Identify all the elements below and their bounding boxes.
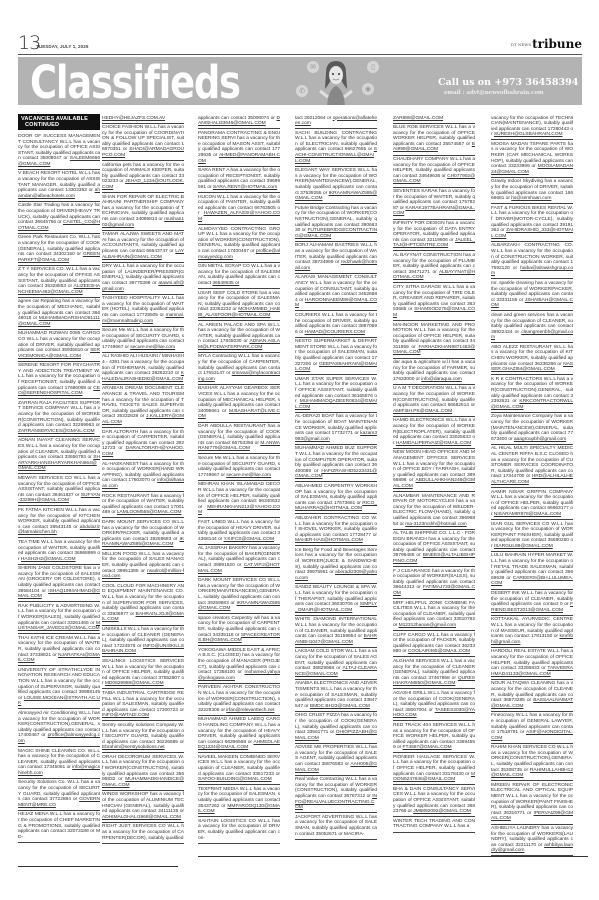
classified-ad: MYLA Contracting W.L.L has a vacancy for… [198, 353, 280, 385]
classified-ad: SEVENTIES KARAK has a vacancy for the oc… [393, 188, 475, 220]
ad-contact-link[interactable]: SAFOO-BUILDING@GMAIL.COM [198, 777, 272, 782]
classified-ad: BHA & DAIN CONSULTANCY SERVICES W.L.L ha… [393, 785, 475, 817]
classified-ad: agnes car Repairing has a vacancy for th… [18, 298, 100, 330]
page-header: 13 TUESDAY, JULY 1, 2025 DT NEWStribune [18, 36, 582, 55]
classified-ad: NEW MOON HEAD OFFICES AND MANAGEMENT OFF… [393, 449, 475, 492]
classified-ad: UNIVERSITY OF STRATHCLYDE INNOVATION RES… [18, 666, 100, 709]
classified-ad: WINDS WORKSHOP has a vacancy for the occ… [102, 791, 184, 823]
ad-contact-link[interactable]: M12312haoan@gmail.com [399, 623, 456, 628]
ad-text: DARK MOUNT SERVICES CO W.L.L has a vacan… [102, 520, 184, 542]
classified-ad: SHAN FOR REPAIR OF ELECTRIC BAHRAINI PAR… [102, 193, 184, 231]
ad-list: vacancy for the occupation of TECHNICIAN… [491, 114, 573, 856]
ad-text: ABUZAHER CONTRACTING CO W.L.L has a vaca… [295, 516, 377, 538]
ad-contact-link[interactable]: ADHIMALGHALI1968@GMAIL.COM [102, 815, 181, 820]
classified-ad: Sentry security solutions Company W.L.L … [102, 721, 184, 753]
classified-ad: tact 39212064 or operations@alfateheen.c… [295, 114, 377, 129]
classified-ad: MOOSA MADAN TSPARE PARTS has a vacancy f… [491, 140, 573, 178]
classified-ad: AL HILAL MULTI SPECIALTY MEDICAL CENTER … [491, 445, 573, 488]
ad-list: HEDHY@HEJAZFS.COM.AVCHOICE FASHION W.L.L… [102, 114, 184, 844]
classified-ad: DOOR OF SUCCESS MANAGEMENT CONSULTANCY W… [18, 132, 100, 170]
classified-ad: Gravity Indoor Skydiving has a vacancy f… [491, 178, 573, 204]
issue-date: TUESDAY, JULY 1, 2025 [36, 44, 88, 49]
classified-ad: mr. sparkle cleaning has a vacancy for t… [491, 279, 573, 311]
ad-text: Real Value Contracting W.L.L has a vacan… [295, 777, 377, 799]
classified-ad: space creators Carpentry wll has a vacan… [198, 614, 280, 646]
classified-ad: ANABIA ELECTRONICS AND ADVERTISMENTS W.L… [295, 680, 377, 712]
classified-ad: MUHAMMAD AHMED LAEEQ CARGO HANDLING COMP… [198, 716, 280, 754]
column-2: HEDHY@HEJAZFS.COM.AVCHOICE FASHION W.L.L… [102, 114, 184, 864]
classified-ad: TASHYEED HOSPITALITY W.L.L has a vacancy… [102, 295, 184, 327]
classified-ad: CHAUDHARY COMPANY W.L.L has a vacancy fo… [393, 156, 475, 188]
classified-ad: MEWATI SERVICES CO W.L.L has a vacancy f… [18, 474, 100, 506]
ad-text: ADNAN INAYAT CLEANING SERVICES W.L.L has… [18, 438, 100, 460]
classified-ad: JACKPORT ADVERTISING W.L.L has a vacancy… [295, 813, 377, 839]
mascot-illustration [318, 59, 354, 105]
classified-ad: LAKSAM COLD STOR W.L.L has a vacancy for… [295, 648, 377, 680]
bottom-rule [18, 866, 178, 867]
classified-ad: HEDHY@HEJAZFS.COM.AV [102, 114, 184, 124]
ad-text: WINTER TECH TRADING AND CONTRACTING COMP… [393, 819, 475, 830]
classified-ad: Green Park Restaurant Co. W.L.L has a va… [18, 234, 100, 266]
ad-contact-link[interactable]: Ebrahim@sentrysolutions.net [102, 745, 165, 750]
ad-text: NAVEEL MAKEEN COMBINED SERVICES W.L.L ha… [198, 755, 280, 777]
classified-ad: applicants can contact 35008074 or DANIS… [198, 114, 280, 129]
classified-ad: SACHI BUILDING CONTRACTING W.L.L has a v… [295, 129, 377, 167]
classified-ad: NAVEEL MAKEEN COMBINED SERVICES W.L.L ha… [198, 753, 280, 785]
ad-text: PIONEER HAULAGE SERVICES W.L.L has a vac… [393, 755, 475, 777]
classified-ad: AL AREEN PALACE AND SPA W.L.L has a vaca… [198, 321, 280, 353]
classified-ad: U A M T DECORATION W.L.L has a vacancy f… [393, 385, 475, 417]
ad-text: U A M T DECORATION W.L.L has a vacancy f… [393, 386, 475, 408]
classified-ad: HARDOLI REAL ESTATE W.L.L has a vacancy … [491, 648, 573, 680]
classified-ad: CITY SITRA GARAGE W.L.L has a vacancy fo… [393, 283, 475, 321]
ad-contact-link[interactable]: JM6892092@GMAIL.COM [413, 809, 471, 814]
classified-ad: ADNAN INAYAT CLEANING SERVICES W.L.L has… [18, 437, 100, 475]
ad-contact-link[interactable]: secure.me@live.com [226, 473, 271, 478]
classified-ad: Security Solutions Co. W.L.L has a vacan… [18, 779, 100, 811]
ad-contact-link[interactable]: LAMLOOM555@GMAIL.COM [117, 510, 182, 515]
email-contact: email : advt@newsofbahrain.com [444, 90, 544, 96]
ad-text: tact 39212064 or [295, 116, 333, 121]
classified-ad: IMREEN REPAIR OF ELECTRONIC ELECTRICAL A… [491, 781, 573, 824]
ad-text: RIGHT JUST SERVICES CO W.L.L has a vacan… [102, 824, 184, 840]
classified-ad: MAHNOOR MARKETING AND PROMOTION W.L.L ha… [393, 321, 475, 359]
ad-list: tact 39212064 or operations@alfateheen.c… [295, 114, 377, 840]
classified-ad: AL TALIB SHIPPING CO. L.L.C - FOREIGN BR… [393, 530, 475, 568]
classified-ad: PIONEER HAULAGE SERVICES W.L.L has a vac… [393, 753, 475, 785]
ad-contact-link[interactable]: aaagroupbh@gmail.com [514, 437, 566, 442]
classified-ad: SERENE RESORT FOR PSYCHIATRY AND ADDICTI… [18, 362, 100, 400]
ad-text: ABO ALEZZ RESTAURANT W.L.L has a vacancy… [491, 345, 573, 367]
classified-ad: UMAR STAR SUPER SERVICES W.L.L has a vac… [295, 375, 377, 413]
classified-ad: DARK MOUNT SERVICES CO W.L.L has a vacan… [198, 577, 280, 615]
ad-text: MUHAMMAD RIZWAN 0085 CARGO CO W.L.L has … [18, 331, 100, 353]
globe-icon: ◉ [362, 83, 374, 95]
classified-ad: RED TRACK 404 SERVICES W.L.L has a vacan… [393, 721, 475, 753]
classified-ad: WINTER TECH TRADING AND CONTRACTING COMP… [393, 817, 475, 832]
classified-ad: THAI KATHI ICE CREAM W.L.L has a vacancy… [18, 634, 100, 666]
classified-ad: PANORAMA CONTRACTING & ENGINEERING SERVI… [198, 129, 280, 167]
ad-text: JACKPORT ADVERTISING W.L.L has a vacancy… [295, 815, 377, 837]
classified-ad: Zoya Maintenance Company has a vacancy f… [491, 413, 573, 445]
ad-list: DOOR OF SUCCESS MANAGEMENT CONSULTANCY W… [18, 132, 100, 843]
classified-ad: SHERIN JANS COLDSTORE has a vacancy for … [18, 565, 100, 603]
ad-text: applicants can contact 35008074 or [198, 116, 277, 121]
ad-text: RAK PUBLICITY & ADVERTISING W.L.L has a … [18, 604, 100, 626]
ad-contact-link[interactable]: FT4557@GMAIL.COM [403, 745, 452, 750]
classified-ad: RAHIM KHAN SERVICES CO W.L.L has a vacan… [491, 744, 573, 782]
classified-ad: MRF HELPFUL ZONE COMBINE FACILITIES W.L.… [393, 599, 475, 631]
column-3: applicants can contact 35008074 or DANIS… [198, 114, 280, 864]
column-5: ZAR888@GMAIL.COMBLUE ROB SERVICES W.L.L … [393, 114, 475, 864]
masthead-title: tribune [532, 37, 582, 51]
classified-ad: MAGIC SHINE CLEANING CO. W.L.L has a vac… [18, 747, 100, 779]
ad-text: ALI RASHID ALI HUSAINI / MINHASH 4 - 439… [102, 354, 184, 376]
classified-ad: MEHRAN KHAN ISLAMABAD DECOR W.L.L has a … [198, 481, 280, 519]
classified-ad: ROCK RESTAURANT has a vacancy for the oc… [102, 492, 184, 518]
ad-contact-link[interactable]: HAWAZEN_ALFASSI@YAHOO.COM [198, 211, 280, 222]
classified-ad: GIN METAL SCRAP CO W.L.L has a vacancy f… [198, 263, 280, 289]
classified-ad: Fineocracy W.L.L has a vacancy for the o… [491, 712, 573, 744]
classified-ad: ZARRAN RAJA FACILITIES SUPPORT SERVICE C… [18, 399, 100, 437]
bottom-rule [198, 856, 588, 857]
classified-ad: RAK PUBLICITY & ADVERTISING W.L.L has a … [18, 602, 100, 634]
ad-contact-link[interactable]: HAROONNAEEM89@GMAIL.COM [295, 298, 377, 309]
ad-list: ZAR888@GMAIL.COMBLUE ROB SERVICES W.L.L … [393, 114, 475, 833]
classified-ad: CLIFF CARGO W.L.L has a vacancy for the … [393, 631, 475, 657]
classified-ad: AL BAYYNAT CONSTRUCTION has a vacancy fo… [393, 251, 475, 283]
ad-contact-link[interactable]: ZARRANSERVICES@GMAIL.COM [18, 429, 95, 434]
classified-ad: ALNAMBAR MAINTENANCE AND REPAIR OF MOTOR… [393, 492, 475, 530]
classified-ad: ISAR GUL SERVICES CO W.L.L has a vacancy… [491, 520, 573, 552]
classified-ad: SAHTAIN LOGISTICS CO W.L.L has a vacancy… [198, 817, 280, 843]
classified-ad: ALMOAYYED CONTRACTING GROUP W.L.L has a … [198, 225, 280, 263]
classified-ad: MUHAMMAD RIZWAN 0085 CARGO CO W.L.L has … [18, 330, 100, 362]
classified-ad: SANDZ BEAUTY LOUNGE & SPA W.L.L has a va… [295, 584, 377, 616]
classified-ad: PARVEEN AKHTAR CONSTRUCTION W.L.L has a … [198, 684, 280, 716]
classified-ad: AL-HASKANEST has a vacancy for the occup… [102, 460, 184, 492]
ad-text: HEJAZ MENA W.L.L has a vacancy for the o… [18, 812, 100, 839]
ad-contact-link[interactable]: LOUISE.MCKEAN@STRATH.AC.UK [18, 696, 100, 707]
classified-ad: BASHAR ALAYYAM GEARBOX SERVICES W.L.L ha… [198, 385, 280, 423]
ad-text: TAIBA INDUSTRIAL CARTRIDGE REFILL W.L.L … [102, 691, 184, 713]
ad-contact-link[interactable]: BMDC.BH23@GMAIL.COM [310, 704, 370, 709]
classified-ad: DESERT INK W.L.L has a vacancy for the o… [491, 590, 573, 616]
classified-ad: ABUZAHER CONTRACTING CO W.L.L has a vaca… [295, 514, 377, 546]
ad-contact-link[interactable]: Y.KIFCS@GMAIL.COM [223, 537, 274, 542]
classified-ad: K R K CONTRACTORS W.L.L has a vacancy fo… [491, 375, 573, 413]
ad-contact-link[interactable]: HAMIDALIPERVAIZ@GMAIL.COM [396, 441, 471, 446]
ad-contact-link[interactable]: SURESH@GLSBAHRAIN.COM [494, 132, 563, 137]
ad-contact-link[interactable]: FUTUREBRIDGECONTRACTING@GMAIL.COM [295, 228, 377, 239]
mobile-icon: ▯ [367, 61, 379, 73]
classified-ad: TAIBA INDUSTRIAL CARTRIDGE REFILL W.L.L … [102, 689, 184, 721]
classified-ad: AGASHI GRILL W.L.L has a vacancy for the… [393, 689, 475, 721]
classified-ad: Ice Berg for Food and Beverages Services… [295, 546, 377, 584]
classified-ad: RIGHT JUST SERVICES CO W.L.L has a vacan… [102, 823, 184, 844]
classified-ad: ALI RASHID ALI HUSAINI / MINHASH 4 - 439… [102, 353, 184, 385]
classified-ad: DRY W.L.L has a vacancy for the occupati… [102, 263, 184, 295]
classified-ad: ELEGANT WAY SERVICES W.L.L has a vacancy… [295, 167, 377, 205]
section-heading-line-2: CONTINUED [21, 122, 97, 128]
ad-contact-link[interactable]: ma-3123mshh@hotmail.com [405, 522, 466, 527]
ad-contact-link[interactable]: 36549635 or [212, 281, 239, 286]
phone-contact: Call us on +973 36458394 [438, 77, 578, 88]
ad-contact-link[interactable]: irfan@relevanttech.net [226, 708, 274, 713]
classified-ad: MUHAMMAD AHMED BUZ SUPPORT W.L.L has a v… [295, 445, 377, 483]
classified-ad: SEALINKS LOGISTICS SERVICES W.L.L has a … [102, 657, 184, 689]
classified-ad: Z T Y SERVICES CO. W.L.L has a vacancy f… [18, 266, 100, 298]
classified-ad: clean and green services has a vacancy f… [491, 311, 573, 343]
ad-contact-link[interactable]: MD0629958@GMAIL.COM [105, 681, 164, 686]
classified-ad: DAR ALTORATH has a vacancy for the occup… [102, 428, 184, 460]
ad-contact-link[interactable]: KARAK1977BAHRAIN@GMAIL.COM [393, 206, 475, 217]
ad-text: SACHI BUILDING CONTRACTING W.L.L has a v… [295, 131, 377, 153]
ad-text: SERENE RESORT FOR PSYCHIATRY AND ADDICTI… [18, 363, 100, 390]
classified-ad: Secure Me W.L.L has a vacancy for the oc… [102, 327, 184, 353]
column-4: tact 39212064 or operations@alfateheen.c… [295, 114, 377, 864]
ad-list: applicants can contact 35008074 or DANIS… [198, 114, 280, 844]
classified-ad: TEXPRINT MEDIA W.L.L has a vacancy for t… [198, 785, 280, 817]
classified-ad: DARK MOUNT SERVICES CO W.L.L has a vacan… [102, 518, 184, 550]
ad-contact-link[interactable]: info@daraqua.com [421, 377, 462, 382]
classified-ad: Future Bridge Contracting has a vacancy … [295, 204, 377, 242]
classified-columns: VACANCIES AVAILABLE CONTINUED DOOR OF SU… [18, 114, 584, 864]
classified-ad: FAST & FURIOUS BIKES RENTAL W.L.L has a … [491, 204, 573, 242]
classified-ad: ALARASI MANAGEMENT CONSULTANCY W.L.L has… [295, 274, 377, 312]
classified-ad: WHITE DIAMOND INTERNATIONAL W.L.L has a … [295, 616, 377, 648]
classified-ad: F J CLEARANCE has a vacancy for the occu… [393, 567, 475, 599]
classified-ad: HUCON W.L.L has a vacancy for the occupa… [198, 193, 280, 225]
classifieds-banner: Classifieds ✉ ✆ ▯ ◉ Call us on +973 3645… [18, 57, 582, 105]
classified-ad: KOTTAKKAL AYURVEDIC CENTRE W.L.L has a v… [491, 616, 573, 648]
ad-contact-link[interactable]: HASH2H2@GMAIL.COM [21, 557, 76, 562]
column-6: vacancy for the occupation of TECHNICIAN… [491, 114, 573, 864]
classified-ad: FAST LINED W.L.L has a vacancy for the o… [198, 518, 280, 544]
phone-icon: ✆ [296, 85, 308, 97]
classified-ad: V BEACH RESORT HOTEL W.L.L has a vacancy… [18, 170, 100, 202]
classified-ad: ADVISE ME PROPERTIES W.L.L has a vacancy… [295, 744, 377, 776]
ad-contact-link[interactable]: secure.me@live.com [130, 345, 175, 350]
classified-ad: MILLION FOOD W.L.L has a vacancy for the… [102, 550, 184, 582]
classified-ad: HAMID ELECTRONICS W.L.L has a vacancy fo… [393, 417, 475, 449]
classified-ad: ALBARZAKH CONTRACTING CO. W.L.L has a va… [491, 242, 573, 280]
classified-ad: UNISKILLS W.L.L has a vacancy for the oc… [102, 626, 184, 658]
classified-ad: DAR ABDULLA RESTAURANT has a vacancy for… [198, 423, 280, 455]
ad-text: WINDS WORKSHOP has a vacancy for the occ… [102, 792, 184, 814]
classified-ad: AAMIR NISAR GRIFFIN COMPANY W.L.L has a … [491, 488, 573, 520]
classified-ad: NOUR ALTAQWA CLEANING has a vacancy for … [491, 680, 573, 712]
classified-ad: BORJ ALHAMAM BASTRIES W.L.L has a vacanc… [295, 242, 377, 274]
classified-ad: INFINITY FOR DESIGN has a vacancy for th… [393, 220, 475, 252]
ad-contact-link[interactable]: HEDHY@HEJAZFS.COM.AV [102, 116, 165, 121]
column-1: VACANCIES AVAILABLE CONTINUED DOOR OF SU… [18, 114, 100, 864]
ad-text: SAHTAIN LOGISTICS CO W.L.L has a vacancy… [198, 819, 280, 841]
ad-contact-link[interactable]: ZAR888@GMAIL.COM [393, 116, 443, 121]
ad-text: TAMAR ALAJWA SWEETS AND MATAI has a vaca… [102, 232, 184, 254]
ad-contact-link[interactable]: MEHRANKHAN213@YAHOO.COM [198, 505, 280, 516]
classified-ad: ZAR888@GMAIL.COM [393, 114, 475, 124]
classified-ad: TAMAR ALAJWA SWEETS AND MATAI has a vaca… [102, 231, 184, 263]
classified-ad: ABO ALEZZ RESTAURANT W.L.L has a vacancy… [491, 343, 573, 375]
section-heading: VACANCIES AVAILABLE CONTINUED [18, 114, 100, 130]
classified-ad: HEJAZ MENA W.L.L has a vacancy for the o… [18, 811, 100, 843]
ad-text: BLUE ROB SERVICES W.L.L has a vacancy fo… [393, 125, 475, 147]
classified-ad: Almoayyed Air Conditioning W.L.L has a v… [18, 709, 100, 747]
ad-text: ZARRAN RAJA FACILITIES SUPPORT SERVICE C… [18, 401, 100, 428]
classified-ad: BLUE ROB SERVICES W.L.L has a vacancy fo… [393, 124, 475, 156]
ad-text: Sentry security solutions Company W.L.L … [102, 723, 184, 745]
classified-ad: YOKOGAWA MIDDLE EAST & AFRICA B.S.C. (CL… [198, 646, 280, 684]
classified-ad: SARA RENT A has a vacancy for the occupa… [198, 167, 280, 193]
classified-ad: AL-DERAZI BOAT has a vacancy for the occ… [295, 413, 377, 445]
ad-contact-link[interactable]: MUHAMMADQADEER0634@GMAIL.COM [295, 399, 377, 410]
ad-contact-link[interactable]: NISARAMIR978@GMAIL.COM [494, 512, 561, 517]
classified-ad: ARABIAN DREAM DOCUMENT CLEARANCE & TRAVE… [102, 385, 184, 428]
classified-ad: CHOICE FASHION W.L.L has a vacancy for t… [102, 124, 184, 162]
classified-ad: dar aqua & agriculture w.l.l has a vacan… [393, 359, 475, 385]
ad-text: DESERT INK W.L.L has a vacancy for the o… [491, 591, 573, 607]
ad-text: V BEACH RESORT HOTEL W.L.L has a vacancy… [18, 171, 100, 193]
classified-ad: AL JASSRAH BAKERY has a vacancy for the … [198, 545, 280, 577]
classified-ad: TEA TIME W.L.L has a vacancy for the occ… [18, 538, 100, 564]
ad-contact-link[interactable]: INFO@AWTADI.COM [102, 713, 149, 718]
classified-ad: FK FATMA KITCHEN W.L.L has a vacancy for… [18, 506, 100, 538]
ad-contact-link[interactable]: HAMAD@COURIERX.COM [305, 330, 365, 335]
ad-contact-link[interactable]: AMIF.BH.PK@GMAIL.COM [393, 409, 452, 414]
classified-ad: ABUAHMED CARPENTRY WORKSHOP has a vacanc… [295, 482, 377, 514]
ad-contact-link[interactable]: COOLAIR465@GMAIL.COM [408, 649, 470, 654]
page-number: 13 [18, 32, 40, 54]
classified-ad: NESTO SUPERMARKET & DEPARTMENT STORE W.L… [295, 338, 377, 376]
classified-ad: OHIO CRUST PIZZA has a vacancy for the o… [295, 712, 377, 744]
classified-ad: ALGHANI SERVICES W.L.L has a vacancy for… [393, 657, 475, 689]
masthead-prefix: DT NEWS [511, 42, 531, 47]
classified-ad: ASHBILIYA LAUNDRY has a vacancy for the … [491, 825, 573, 857]
ad-contact-link[interactable]: MAHER-HAS@HOTMAIL.COM [295, 538, 363, 543]
classified-ad: USAR SEEF COLD STORE has a vacancy for t… [198, 289, 280, 321]
classified-ad: california pets has a vacancy for the oc… [102, 161, 184, 193]
ad-contact-link[interactable]: ISARGUL88@GMAIL.COM [494, 544, 553, 549]
ad-contact-link[interactable]: hs@semhaan.com [511, 196, 551, 201]
ad-contact-link[interactable]: SARA.RENT@HOTMAIL.com [213, 185, 277, 190]
classified-ad: COURIERX W.L.L has a vacancy for the occ… [295, 311, 377, 337]
classified-ad: ORAH DECORORUM SERVICES W.L.L has a vaca… [102, 753, 184, 791]
banner-title: Classifieds [30, 57, 240, 105]
classified-ad: Secure Me W.L.L has a vacancy for the oc… [198, 454, 280, 480]
classified-ad: Castle Star Trading has a vacancy for th… [18, 202, 100, 234]
classified-ad: Real Value Contracting W.L.L has a vacan… [295, 776, 377, 814]
masthead-logo: DT NEWStribune [511, 37, 582, 51]
classified-ad: vacancy for the occupation of TECHNICIAN… [491, 114, 573, 140]
classified-ad: COOL CLOUD FOR MACHINERY AND EQUIPMENT M… [102, 582, 184, 625]
classified-ad: LULU BAHRAIN HYPER MARKET W.L.L has a va… [491, 552, 573, 590]
